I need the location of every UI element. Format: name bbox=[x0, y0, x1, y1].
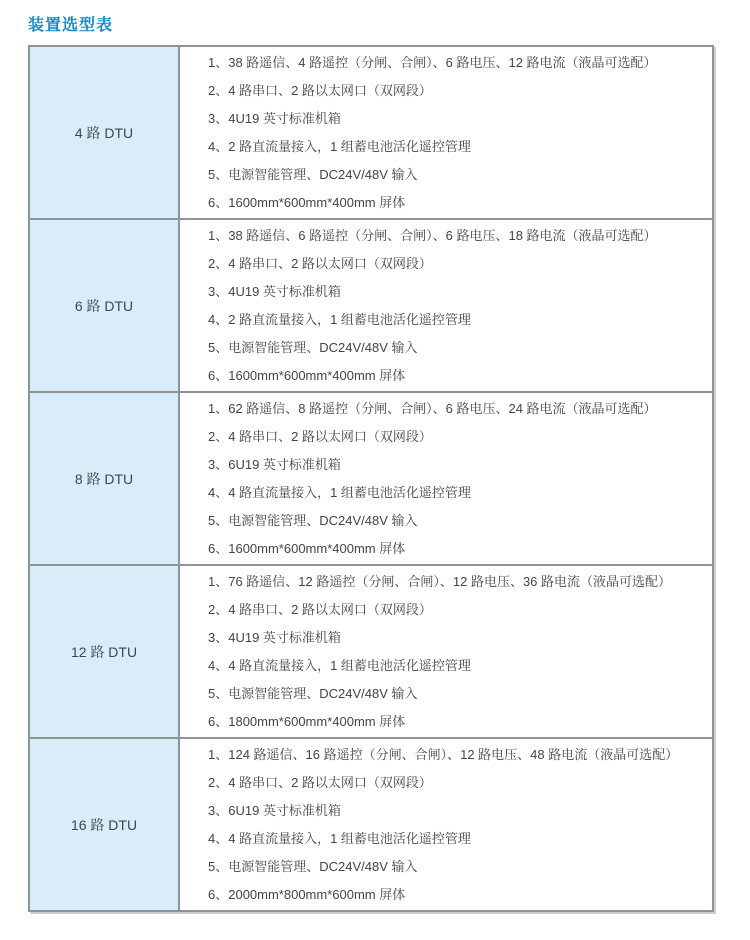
spec-line: 5、电源智能管理、DC24V/48V 输入 bbox=[208, 507, 702, 535]
spec-cell: 1、38 路遥信、6 路遥控（分闸、合闸）、6 路电压、18 路电流（液晶可选配… bbox=[179, 219, 713, 392]
table-row: 16 路 DTU 1、124 路遥信、16 路遥控（分闸、合闸）、12 路电压、… bbox=[29, 738, 713, 911]
spec-line: 2、4 路串口、2 路以太网口（双网段） bbox=[208, 423, 702, 451]
table-row: 12 路 DTU 1、76 路遥信、12 路遥控（分闸、合闸）、12 路电压、3… bbox=[29, 565, 713, 738]
spec-line: 6、1600mm*600mm*400mm 屏体 bbox=[208, 362, 702, 390]
selection-table-body: 4 路 DTU 1、38 路遥信、4 路遥控（分闸、合闸）、6 路电压、12 路… bbox=[29, 46, 713, 911]
model-cell: 8 路 DTU bbox=[29, 392, 179, 565]
spec-line: 4、4 路直流量接入，1 组蓄电池活化遥控管理 bbox=[208, 825, 702, 853]
spec-list: 1、62 路遥信、8 路遥控（分闸、合闸）、6 路电压、24 路电流（液晶可选配… bbox=[180, 393, 712, 564]
spec-line: 2、4 路串口、2 路以太网口（双网段） bbox=[208, 769, 702, 797]
spec-line: 5、电源智能管理、DC24V/48V 输入 bbox=[208, 853, 702, 881]
model-label: 4 路 DTU bbox=[75, 125, 133, 141]
spec-line: 1、38 路遥信、6 路遥控（分闸、合闸）、6 路电压、18 路电流（液晶可选配… bbox=[208, 222, 702, 250]
model-cell: 16 路 DTU bbox=[29, 738, 179, 911]
spec-line: 3、6U19 英寸标准机箱 bbox=[208, 451, 702, 479]
spec-line: 3、4U19 英寸标准机箱 bbox=[208, 624, 702, 652]
spec-line: 2、4 路串口、2 路以太网口（双网段） bbox=[208, 596, 702, 624]
spec-line: 5、电源智能管理、DC24V/48V 输入 bbox=[208, 680, 702, 708]
spec-line: 6、2000mm*800mm*600mm 屏体 bbox=[208, 881, 702, 909]
spec-line: 2、4 路串口、2 路以太网口（双网段） bbox=[208, 250, 702, 278]
spec-list: 1、38 路遥信、6 路遥控（分闸、合闸）、6 路电压、18 路电流（液晶可选配… bbox=[180, 220, 712, 391]
model-label: 6 路 DTU bbox=[75, 298, 133, 314]
page-title: 装置选型表 bbox=[28, 12, 113, 35]
model-label: 12 路 DTU bbox=[71, 644, 137, 660]
device-selection-table: 4 路 DTU 1、38 路遥信、4 路遥控（分闸、合闸）、6 路电压、12 路… bbox=[28, 45, 714, 912]
model-label: 8 路 DTU bbox=[75, 471, 133, 487]
spec-line: 6、1600mm*600mm*400mm 屏体 bbox=[208, 189, 702, 217]
table-row: 8 路 DTU 1、62 路遥信、8 路遥控（分闸、合闸）、6 路电压、24 路… bbox=[29, 392, 713, 565]
spec-line: 6、1800mm*600mm*400mm 屏体 bbox=[208, 708, 702, 736]
page: 装置选型表 4 路 DTU 1、38 路遥信、4 路遥控（分闸、合闸）、6 路电… bbox=[0, 0, 750, 940]
spec-line: 4、2 路直流量接入，1 组蓄电池活化遥控管理 bbox=[208, 133, 702, 161]
spec-line: 6、1600mm*600mm*400mm 屏体 bbox=[208, 535, 702, 563]
model-label: 16 路 DTU bbox=[71, 817, 137, 833]
spec-line: 2、4 路串口、2 路以太网口（双网段） bbox=[208, 77, 702, 105]
spec-line: 3、4U19 英寸标准机箱 bbox=[208, 278, 702, 306]
spec-line: 3、4U19 英寸标准机箱 bbox=[208, 105, 702, 133]
spec-line: 4、4 路直流量接入，1 组蓄电池活化遥控管理 bbox=[208, 479, 702, 507]
spec-cell: 1、38 路遥信、4 路遥控（分闸、合闸）、6 路电压、12 路电流（液晶可选配… bbox=[179, 46, 713, 219]
model-cell: 12 路 DTU bbox=[29, 565, 179, 738]
spec-list: 1、76 路遥信、12 路遥控（分闸、合闸）、12 路电压、36 路电流（液晶可… bbox=[180, 566, 712, 737]
spec-cell: 1、62 路遥信、8 路遥控（分闸、合闸）、6 路电压、24 路电流（液晶可选配… bbox=[179, 392, 713, 565]
spec-line: 4、2 路直流量接入，1 组蓄电池活化遥控管理 bbox=[208, 306, 702, 334]
spec-line: 5、电源智能管理、DC24V/48V 输入 bbox=[208, 161, 702, 189]
spec-line: 1、62 路遥信、8 路遥控（分闸、合闸）、6 路电压、24 路电流（液晶可选配… bbox=[208, 395, 702, 423]
spec-line: 1、124 路遥信、16 路遥控（分闸、合闸）、12 路电压、48 路电流（液晶… bbox=[208, 741, 702, 769]
spec-cell: 1、124 路遥信、16 路遥控（分闸、合闸）、12 路电压、48 路电流（液晶… bbox=[179, 738, 713, 911]
spec-line: 1、38 路遥信、4 路遥控（分闸、合闸）、6 路电压、12 路电流（液晶可选配… bbox=[208, 49, 702, 77]
model-cell: 4 路 DTU bbox=[29, 46, 179, 219]
spec-line: 4、4 路直流量接入，1 组蓄电池活化遥控管理 bbox=[208, 652, 702, 680]
spec-list: 1、124 路遥信、16 路遥控（分闸、合闸）、12 路电压、48 路电流（液晶… bbox=[180, 739, 712, 910]
spec-cell: 1、76 路遥信、12 路遥控（分闸、合闸）、12 路电压、36 路电流（液晶可… bbox=[179, 565, 713, 738]
model-cell: 6 路 DTU bbox=[29, 219, 179, 392]
spec-list: 1、38 路遥信、4 路遥控（分闸、合闸）、6 路电压、12 路电流（液晶可选配… bbox=[180, 47, 712, 218]
spec-line: 3、6U19 英寸标准机箱 bbox=[208, 797, 702, 825]
spec-line: 1、76 路遥信、12 路遥控（分闸、合闸）、12 路电压、36 路电流（液晶可… bbox=[208, 568, 702, 596]
table-row: 6 路 DTU 1、38 路遥信、6 路遥控（分闸、合闸）、6 路电压、18 路… bbox=[29, 219, 713, 392]
spec-line: 5、电源智能管理、DC24V/48V 输入 bbox=[208, 334, 702, 362]
table-row: 4 路 DTU 1、38 路遥信、4 路遥控（分闸、合闸）、6 路电压、12 路… bbox=[29, 46, 713, 219]
